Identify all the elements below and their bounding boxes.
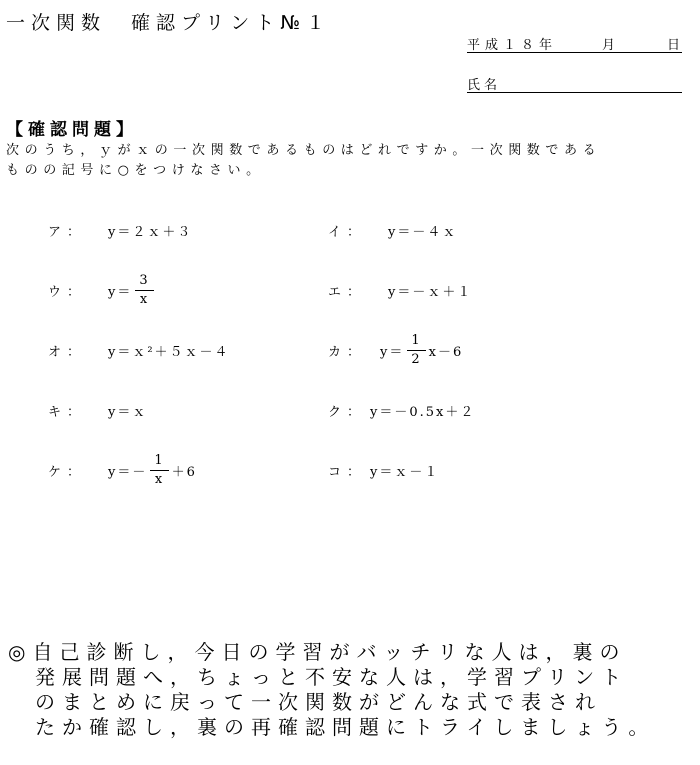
- item-e: エ： y＝－ｘ＋１: [328, 265, 472, 315]
- equation: y＝－0.5x＋２: [370, 401, 475, 420]
- instructions: 次のうち，ｙがｘの一次関数であるものはどれですか。一次関数である ものの記号に○…: [6, 141, 601, 181]
- item-ka: カ： y＝ 12 x－6: [328, 325, 463, 375]
- equation: y＝２ｘ＋３: [108, 221, 192, 240]
- worksheet-title: 一次関数 確認プリント№１: [6, 8, 331, 35]
- item-label: コ：: [328, 461, 370, 480]
- equation: y＝－４ｘ: [388, 221, 457, 240]
- name-field[interactable]: 氏名: [467, 72, 682, 93]
- item-label: ウ：: [48, 281, 108, 300]
- equation: y＝ｘ²＋５ｘ－４: [108, 341, 230, 360]
- date-era-year: 平成１８年: [467, 34, 557, 53]
- item-label: ア：: [48, 221, 108, 240]
- instruction-line: ものの記号に○をつけなさい。: [6, 161, 601, 181]
- instruction-line: 次のうち，ｙがｘの一次関数であるものはどれですか。一次関数である: [6, 141, 601, 161]
- equation: y＝ｘ－１: [370, 461, 439, 480]
- note-line: のまとめに戻って一次関数がどんな式で表され: [8, 690, 655, 715]
- note-line: たか確認し，裏の再確認問題にトライしましょう。: [8, 715, 655, 740]
- fraction: 1x: [150, 452, 168, 489]
- item-label: オ：: [48, 341, 108, 360]
- equation: y＝ 3x: [108, 272, 157, 309]
- fraction: 3x: [135, 272, 153, 309]
- name-label: 氏名: [467, 74, 501, 93]
- item-label: ク：: [328, 401, 370, 420]
- item-a: ア： y＝２ｘ＋３: [48, 205, 192, 255]
- item-u: ウ： y＝ 3x: [48, 265, 157, 315]
- item-ko: コ： y＝ｘ－１: [328, 445, 439, 495]
- item-label: ケ：: [48, 461, 108, 480]
- item-label: エ：: [328, 281, 388, 300]
- double-circle-icon: ◎: [8, 640, 32, 664]
- self-check-note: ◎自己診断し，今日の学習がバッチリな人は，裏の 発展問題へ，ちょっと不安な人は，…: [8, 640, 655, 740]
- item-label: カ：: [328, 341, 380, 360]
- item-o: オ： y＝ｘ²＋５ｘ－４: [48, 325, 230, 375]
- item-ki: キ： y＝ｘ: [48, 385, 147, 435]
- item-ke: ケ： y＝－ 1x ＋6: [48, 445, 197, 495]
- item-i: イ： y＝－４ｘ: [328, 205, 457, 255]
- item-label: キ：: [48, 401, 108, 420]
- equation: y＝－ 1x ＋6: [108, 452, 197, 489]
- section-heading: 【確認問題】: [6, 115, 138, 140]
- item-ku: ク： y＝－0.5x＋２: [328, 385, 475, 435]
- date-month: 月: [602, 34, 615, 53]
- equation: y＝ｘ: [108, 401, 147, 420]
- equation: y＝－ｘ＋１: [388, 281, 472, 300]
- item-label: イ：: [328, 221, 388, 240]
- note-line: 発展問題へ，ちょっと不安な人は，学習プリント: [8, 665, 655, 690]
- date-field[interactable]: 平成１８年 月 日: [467, 32, 682, 53]
- note-line: ◎自己診断し，今日の学習がバッチリな人は，裏の: [8, 640, 655, 665]
- fraction: 12: [407, 332, 425, 369]
- date-day: 日: [667, 34, 680, 53]
- equation: y＝ 12 x－6: [380, 332, 463, 369]
